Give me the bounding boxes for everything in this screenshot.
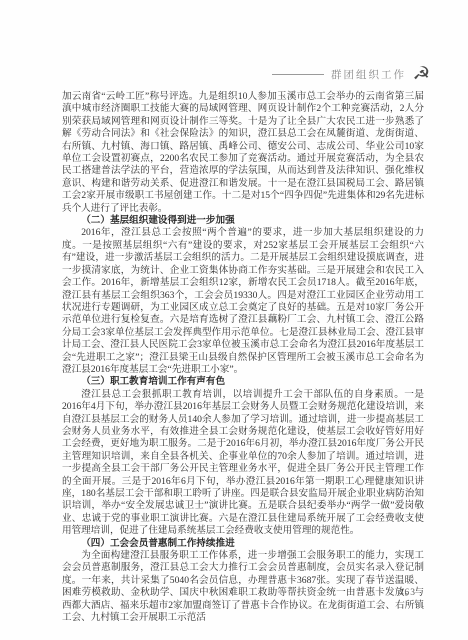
page-number: 463 (399, 588, 416, 598)
body-text-block: 加云南省“云岭工匠”称号评选。九是组织10人参加玉溪市总工会举办的云南省第三届滇… (62, 91, 424, 624)
document-page: 群团组织工作 ☭ 加云南省“云岭工匠”称号评选。九是组织10人参加玉溪市总工会举… (0, 0, 468, 640)
subsection-heading-3: （三）职工教育培训工作有声有色 (62, 376, 424, 388)
paragraph-continuation: 加云南省“云岭工匠”称号评选。九是组织10人参加玉溪市总工会举办的云南省第三届滇… (62, 91, 424, 215)
subsection-heading-2: （二）基层组织建设得到进一步加强 (62, 215, 424, 227)
section-title: 群团组织工作 (331, 67, 406, 82)
header-rule (272, 74, 324, 75)
paragraph: 2016年，澄江县总工会按照“两个普遍”的要求，进一步加大基层组织建设的力度。一… (62, 227, 424, 376)
running-head: 群团组织工作 ☭ (0, 62, 430, 86)
subsection-heading-4: （四）工会会员普惠制工作持续推进 (62, 538, 424, 550)
paragraph: 澄江县总工会狠抓职工教育培训，以培训提升工会干部队伍的自身素质。一是2016年4… (62, 389, 424, 538)
hammer-and-sickle-icon: ☭ (412, 63, 432, 84)
paragraph: 为全面构建澄江县服务职工工作体系，进一步增强工会服务职工的能力，实现工会会员普惠… (62, 550, 424, 624)
